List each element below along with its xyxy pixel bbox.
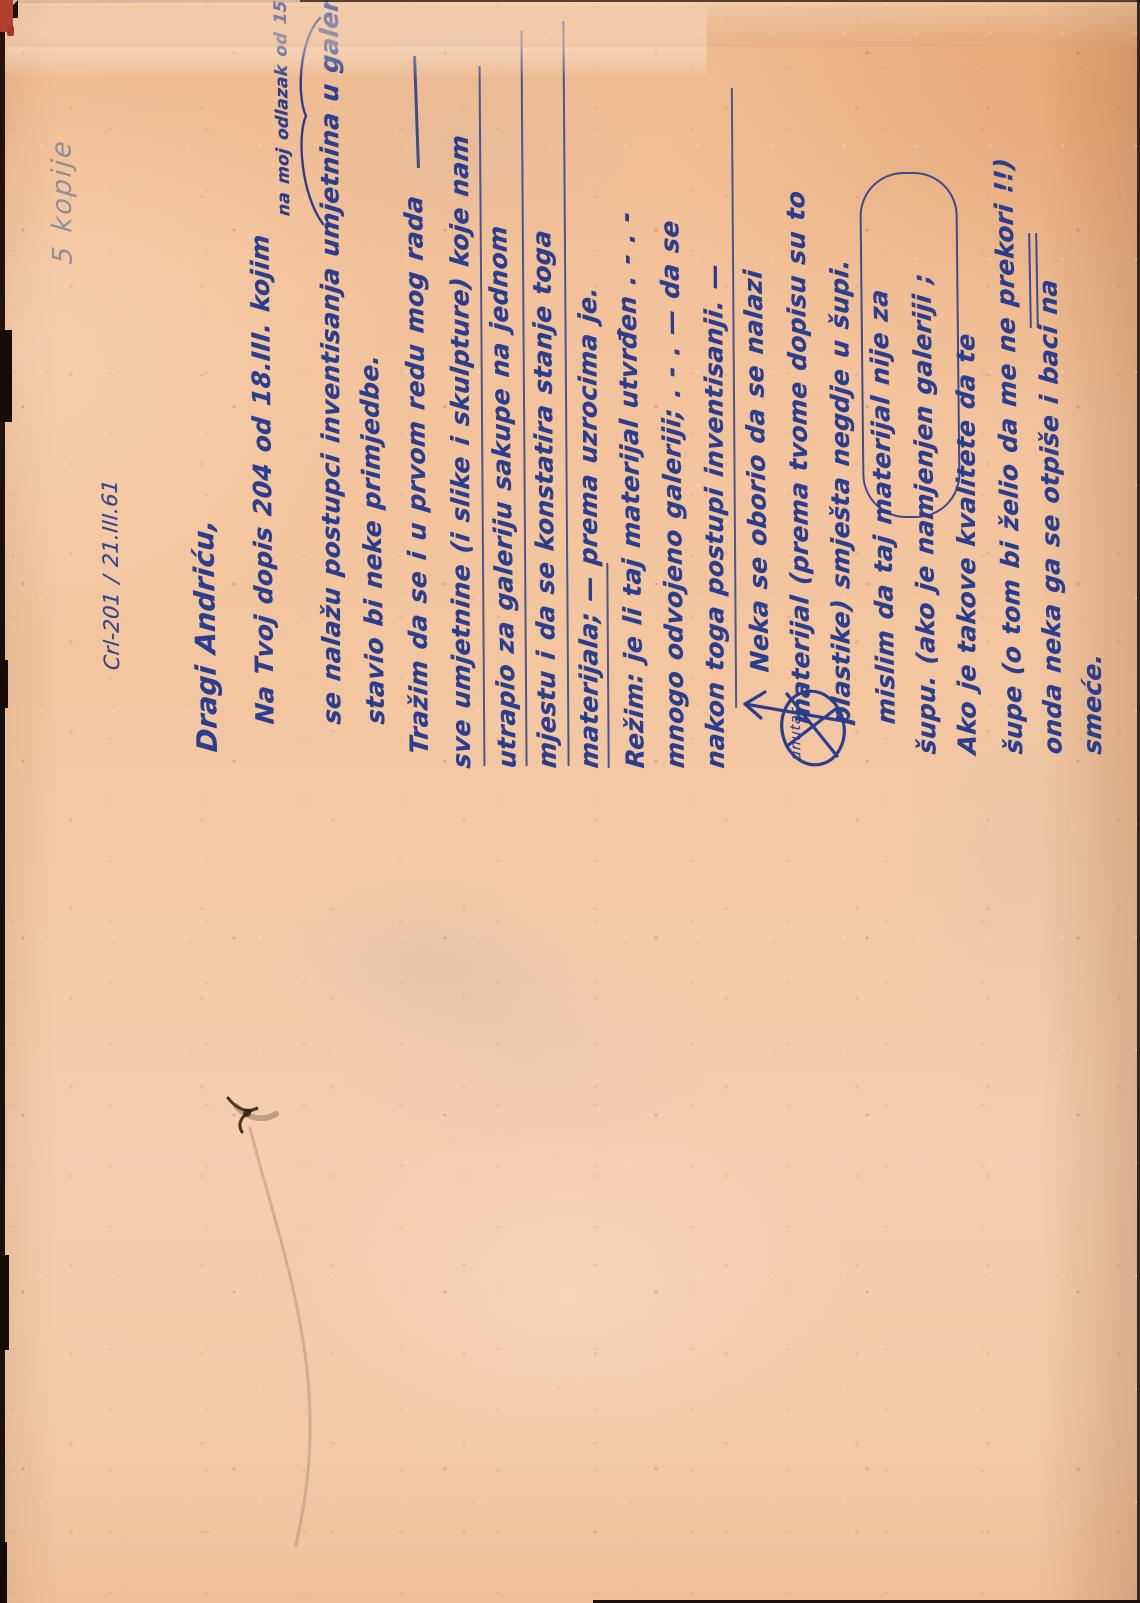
ink-rule bbox=[479, 66, 486, 766]
scan-edge-notch bbox=[0, 660, 8, 708]
scan-edge-notch bbox=[0, 1542, 7, 1603]
scan-edge-left bbox=[0, 0, 5, 1603]
handwriting-line: Ako je takove kvalitete da te bbox=[952, 332, 981, 755]
handwriting-rotated-inner: na moj odlazak od 15. Maja unutar Dragi … bbox=[185, 8, 1105, 768]
scan-edge-notch bbox=[0, 1255, 9, 1350]
ink-rule bbox=[606, 563, 609, 768]
handwriting-block: na moj odlazak od 15. Maja unutar Dragi … bbox=[185, 8, 1105, 768]
handwriting-line: Na Tvoj dopis 204 od 18.III. kojim bbox=[246, 233, 279, 725]
handwriting-line: onda neka ga se otpiše i baci na bbox=[1035, 278, 1068, 755]
handwriting-line: sve umjetnine (i slike i skulpture) koje… bbox=[446, 134, 476, 770]
reference-note-block: Crl-201 / 21.III.61 bbox=[70, 410, 162, 674]
reference-note-rotated: Crl-201 / 21.III.61 bbox=[70, 410, 162, 674]
handwriting-line: nakon toga postupi inventisanji. — bbox=[700, 262, 729, 769]
handwriting-line: plastike) smješta negdje u šupi. bbox=[826, 258, 855, 726]
ink-rule bbox=[520, 31, 527, 766]
ink-strike bbox=[413, 56, 420, 168]
pencil-note-text: 5 kopije bbox=[47, 138, 78, 265]
scan-edge-notch bbox=[0, 330, 12, 422]
pencil-note-block: 5 kopije bbox=[20, 72, 120, 272]
pencil-note-rotated: 5 kopije bbox=[20, 72, 120, 272]
bottom-fold-band bbox=[0, 0, 1140, 47]
handwriting-line: mnogo odvojeno galeriji; . - . — da se bbox=[656, 219, 689, 769]
handwriting-line: materijal (prema tvome dopisu su to bbox=[782, 189, 815, 725]
scanned-letter-page: na moj odlazak od 15. Maja unutar Dragi … bbox=[0, 0, 1140, 1603]
handwriting-line: se nalažu postupci inventisanja umjetnin… bbox=[316, 0, 346, 725]
red-edge-mark-small bbox=[7, 26, 14, 36]
handwriting-line: Tražim da se i u prvom redu mog rada bbox=[400, 194, 433, 755]
handwriting-line: Neka se oborio da se nalazi bbox=[739, 269, 774, 674]
reference-note-text: Crl-201 / 21.III.61 bbox=[99, 479, 124, 672]
ink-rule bbox=[731, 88, 737, 708]
handwriting-line: šupe (o tom bi želio da me ne prekori !!… bbox=[990, 157, 1028, 755]
handwriting-line: Režim: je li taj materijal utvrđen . - .… bbox=[612, 210, 649, 769]
handwriting-line: šupu. (ako je namjenjen galeriji ; bbox=[908, 272, 941, 755]
handwriting-line: materijala; — prema uzrocima je. bbox=[574, 285, 603, 769]
handwriting-line: smeće. bbox=[1079, 652, 1107, 755]
handwriting-line: stavio bi neke primjedbe. bbox=[356, 353, 390, 725]
handwriting-line: mislim da taj materijal nije za bbox=[865, 288, 900, 725]
handwriting-line: Dragi Andriću, bbox=[189, 518, 224, 753]
ink-rule bbox=[562, 21, 569, 766]
handwriting-line: mjestu i da se konstatira stanje toga bbox=[528, 229, 561, 770]
handwriting-line: utrapio za galeriju sakupe na jednom bbox=[484, 224, 521, 769]
